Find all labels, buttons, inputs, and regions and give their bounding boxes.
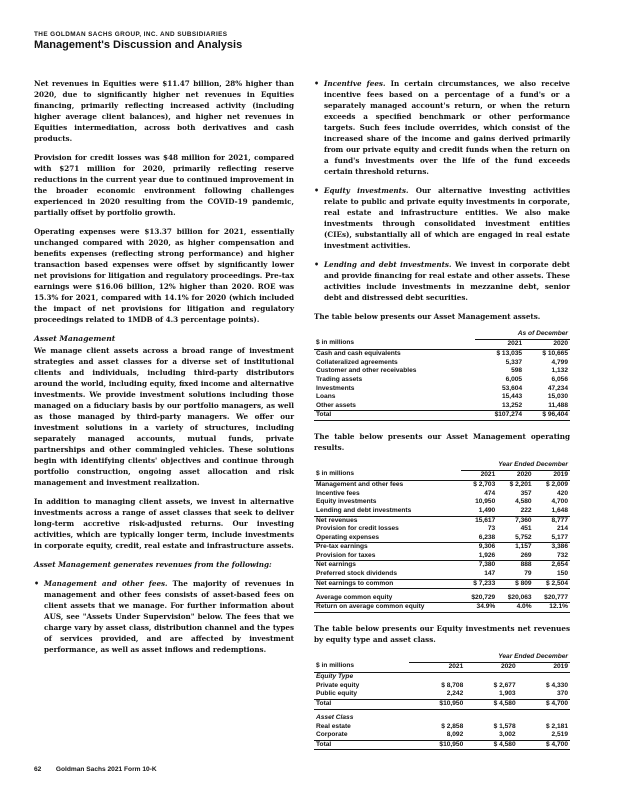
- preferred-dividends-row: Preferred stock dividends14779150: [314, 570, 570, 579]
- table-row: Public equity2,2421,903370: [314, 690, 570, 699]
- assets-table: As of December $ in millions 2021 2020 C…: [314, 330, 570, 421]
- assets-table-intro: The table below presents our Asset Manag…: [314, 311, 570, 322]
- credit-losses-paragraph: Provision for credit losses was $48 mill…: [34, 152, 294, 218]
- group-heading: Asset Class: [314, 714, 570, 723]
- revenue-bullets-left: Management and other fees. The majority …: [34, 578, 294, 655]
- revenue-intro: Asset Management generates revenues from…: [34, 559, 294, 570]
- unit-label: $ in millions: [314, 470, 461, 481]
- page-footer: 62 Goldman Sachs 2021 Form 10-K: [34, 766, 157, 773]
- equity-table-intro: The table below presents our Equity inve…: [314, 623, 570, 645]
- net-earnings-row: Net earnings7,3808882,654: [314, 561, 570, 570]
- column-header: 2019: [518, 662, 570, 673]
- bullet-lending: Lending and debt investments. We invest …: [314, 259, 570, 303]
- average-equity-row: Average common equity$20,729$20,063$20,7…: [314, 594, 570, 603]
- table-row: Management and other fees$ 2,703$ 2,201$…: [314, 481, 570, 490]
- column-header: 2019: [534, 470, 570, 481]
- column-header: 2021: [461, 470, 497, 481]
- table-row: Provision for credit losses73451214: [314, 525, 570, 534]
- table-row: Customer and other receivables5981,132: [314, 367, 570, 376]
- section-title: Management's Discussion and Analysis: [34, 39, 594, 52]
- table-caption: As of December: [475, 330, 570, 339]
- table-row: Operating expenses6,2385,7525,177: [314, 534, 570, 543]
- table-total-row: Total$10,950$ 4,580$ 4,700: [314, 740, 570, 750]
- equity-investments-table: Year Ended December $ in millions 2021 2…: [314, 653, 570, 750]
- net-earnings-common-row: Net earnings to common$ 7,233$ 809$ 2,50…: [314, 579, 570, 589]
- bullet-incentive-fees: Incentive fees. In certain circumstances…: [314, 78, 570, 177]
- left-column: Net revenues in Equities were $11.47 bil…: [34, 78, 294, 663]
- bullet-lead: Management and other fees.: [44, 579, 168, 588]
- report-name: Goldman Sachs 2021 Form 10-K: [56, 766, 157, 773]
- table-row: Corporate8,0923,0022,519: [314, 731, 570, 740]
- results-table-intro: The table below presents our Asset Manag…: [314, 431, 570, 453]
- column-header: 2021: [409, 662, 465, 673]
- column-header: 2021: [475, 339, 524, 350]
- table-row: Cash and cash equivalents$ 13,035$ 10,66…: [314, 350, 570, 359]
- table-row: Trading assets6,0056,056: [314, 376, 570, 385]
- table-row: Lending and debt investments1,4902221,64…: [314, 507, 570, 516]
- bullet-text: Our alternative investing activities rel…: [324, 186, 570, 250]
- investing-paragraph: In addition to managing client assets, w…: [34, 496, 294, 551]
- table-row: Incentive fees474357420: [314, 490, 570, 499]
- bullet-lead: Equity investments.: [324, 186, 409, 195]
- table-caption: Year Ended December: [409, 653, 570, 662]
- table-row: Other assets13,25211,488: [314, 402, 570, 411]
- bullet-equity-investments: Equity investments. Our alternative inve…: [314, 185, 570, 251]
- table-row: Equity investments10,9504,5804,700: [314, 498, 570, 507]
- unit-label: $ in millions: [314, 662, 409, 673]
- table-row: Private equity$ 8,708$ 2,677$ 4,330: [314, 682, 570, 691]
- bullet-lead: Incentive fees.: [324, 79, 385, 88]
- asset-management-overview: We manage client assets across a broad r…: [34, 345, 294, 488]
- table-total-row: Total$10,950$ 4,580$ 4,700: [314, 699, 570, 709]
- column-header: 2020: [497, 470, 533, 481]
- page-header: The Goldman Sachs Group, Inc. and Subsid…: [34, 30, 594, 52]
- operating-results-table: Year Ended December $ in millions 2021 2…: [314, 461, 570, 613]
- column-header: 2020: [524, 339, 570, 350]
- group-heading: Equity Type: [314, 673, 570, 682]
- equities-paragraph: Net revenues in Equities were $11.47 bil…: [34, 78, 294, 144]
- bullet-text: In certain circumstances, we also receiv…: [324, 79, 570, 176]
- roe-row: Return on average common equity34.9%4.0%…: [314, 603, 570, 613]
- company-name: The Goldman Sachs Group, Inc. and Subsid…: [34, 30, 594, 39]
- table-row: Real estate$ 2,858$ 1,578$ 2,181: [314, 723, 570, 732]
- bullet-lead: Lending and debt investments.: [324, 260, 451, 269]
- table-total-row: Total$107,274$ 96,404: [314, 411, 570, 421]
- page-number: 62: [34, 766, 54, 773]
- right-column: Incentive fees. In certain circumstances…: [314, 78, 570, 760]
- operating-expenses-paragraph: Operating expenses were $13.37 billion f…: [34, 226, 294, 325]
- asset-management-heading: Asset Management: [34, 333, 294, 344]
- pretax-row: Pre-tax earnings9,3061,1573,386: [314, 543, 570, 552]
- table-caption: Year Ended December: [461, 461, 570, 470]
- revenue-bullets-right: Incentive fees. In certain circumstances…: [314, 78, 570, 303]
- unit-label: $ in millions: [314, 339, 475, 350]
- bullet-text: The majority of revenues in management a…: [44, 579, 294, 654]
- net-revenues-row: Net revenues15,6177,3608,777: [314, 516, 570, 525]
- bullet-management-fees: Management and other fees. The majority …: [34, 578, 294, 655]
- table-row: Loans15,44315,030: [314, 393, 570, 402]
- table-row: Collateralized agreements5,3374,799: [314, 359, 570, 368]
- table-row: Investments53,60447,234: [314, 385, 570, 394]
- column-header: 2020: [465, 662, 517, 673]
- taxes-row: Provision for taxes1,926269732: [314, 552, 570, 561]
